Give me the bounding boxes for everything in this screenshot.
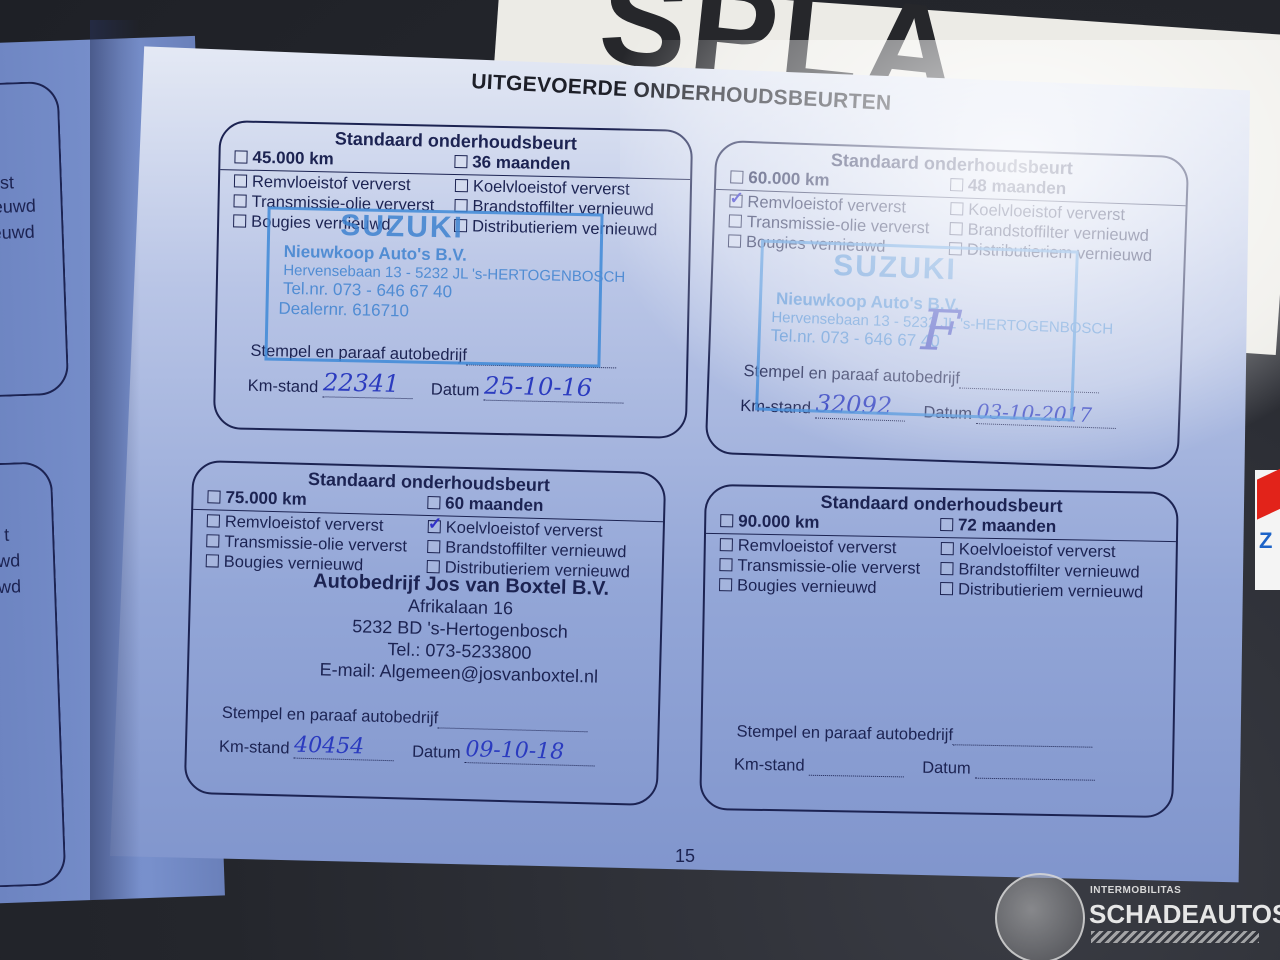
task-label: Brandstoffilter vernieuwd [958,560,1140,581]
km-stand-field[interactable]: 22341 [323,368,414,399]
months-label: 48 maanden [968,176,1067,198]
km-label: 45.000 km [252,148,334,169]
task-checkbox[interactable] [949,222,962,235]
checklist-item: Remvloeistof ververst [720,536,941,559]
watermark-tire-tread [1091,931,1259,943]
task-label: Bougies vernieuwd [737,576,877,596]
task-label: Transmissie-olie ververst [224,533,407,556]
watermark-logo: INTERMOBILITAS SCHADEAUTOS.NL [995,873,1280,953]
task-checkbox[interactable] [233,214,246,227]
task-checkbox[interactable] [207,514,220,527]
signature-label: Stempel en paraaf autobedrijf [736,722,953,744]
task-checkbox[interactable] [729,214,742,227]
task-checkbox[interactable] [206,554,219,567]
task-label: Remvloeistof ververst [738,536,897,557]
date-field[interactable]: 09-10-18 [465,737,596,766]
months-label: 36 maanden [472,152,571,173]
task-checkbox[interactable] [234,174,247,187]
task-checkbox[interactable] [206,534,219,547]
km-stand-label: Km-stand [734,755,805,774]
dealer-stamp-1: SUZUKI Nieuwkoop Auto's B.V. Hervensebaa… [264,206,603,367]
task-checkbox[interactable] [940,582,953,595]
checklist-item: Koelvloeistof ververst [941,540,1162,563]
months-checkbox[interactable] [950,178,963,191]
task-checkbox[interactable] [455,179,468,192]
dealer-stamp-2: SUZUKI Nieuwkoop Auto's B.V. Hervensebaa… [755,240,1079,422]
handwritten-initial: F [920,298,961,364]
stamp-brand: SUZUKI [340,209,601,248]
left-fragment: rnieuwd [0,222,35,245]
task-label: Koelvloeistof ververst [959,540,1116,561]
checklist-item: Bougies vernieuwd [719,576,940,599]
task-label: Brandstoffilter vernieuwd [445,539,627,562]
date-label: Datum [412,743,461,762]
left-fragment: t [4,525,10,546]
task-label: Remvloeistof ververst [225,513,384,535]
task-label: Koelvloeistof ververst [446,519,603,541]
km-checkbox[interactable] [207,490,220,503]
left-page-box-bottom: t uwd uwd [0,461,66,888]
task-label: Remvloeistof ververst [252,173,411,194]
months-checkbox[interactable] [427,496,440,509]
km-label: 75.000 km [225,488,307,509]
service-entry-90000: Standaard onderhoudsbeurt 90.000 km 72 m… [699,484,1179,818]
globe-icon [995,873,1085,960]
task-checklist: Remvloeistof ververstKoelvloeistof verve… [705,534,1176,605]
km-label: 60.000 km [748,168,830,190]
task-checkbox[interactable] [428,520,441,533]
watermark-subtitle: INTERMOBILITAS [1090,885,1181,896]
task-label: Transmissie-olie ververst [737,556,920,577]
checklist-item: Transmissie-olie ververst [719,556,940,579]
task-checkbox[interactable] [719,578,732,591]
months-checkbox[interactable] [454,155,467,168]
left-fragment: rnieuwd [0,196,36,219]
km-label: 90.000 km [738,511,820,531]
km-stand-label: Km-stand [248,377,319,396]
months-checkbox[interactable] [940,518,953,531]
task-checkbox[interactable] [950,202,963,215]
task-checkbox[interactable] [941,542,954,555]
date-field[interactable]: 25-10-16 [484,372,625,404]
task-checkbox[interactable] [720,538,733,551]
dealer-stamp-3: Autobedrijf Jos van Boxtel B.V. Afrikala… [269,569,652,689]
signature-field[interactable] [438,727,588,732]
left-fragment: uwd [0,576,21,598]
task-label: Koelvloeistof ververst [473,177,630,198]
km-checkbox[interactable] [234,150,247,163]
km-stand-label: Km-stand [219,738,290,758]
km-stand-field[interactable]: 40454 [294,733,395,762]
date-field[interactable] [975,762,1095,781]
task-checkbox[interactable] [940,562,953,575]
km-checkbox[interactable] [730,170,743,183]
date-label: Datum [922,759,971,778]
task-checkbox[interactable] [728,234,741,247]
left-fragment: erst [0,172,14,194]
checklist-item: Brandstoffilter vernieuwd [940,560,1161,583]
km-stand-field[interactable] [809,759,904,778]
task-checkbox[interactable] [233,194,246,207]
months-label: 72 maanden [958,515,1057,536]
stamp-brand: SUZUKI [833,249,1076,291]
watermark-brand: SCHADEAUTOS.NL [1089,899,1280,930]
months-label: 60 maanden [445,493,544,515]
page-number: 15 [675,846,695,867]
task-checkbox[interactable] [427,540,440,553]
left-fragment: uwd [0,550,21,572]
task-label: Distributieriem vernieuwd [958,580,1144,601]
task-checkbox[interactable] [729,194,742,207]
checklist-item: Distributieriem vernieuwd [940,580,1161,603]
date-label: Datum [431,381,480,400]
task-checkbox[interactable] [719,558,732,571]
km-checkbox[interactable] [720,514,733,527]
left-page-box-top: erst rnieuwd rnieuwd [0,81,69,399]
page-gutter-shadow [90,20,140,900]
signature-field[interactable] [953,744,1093,747]
task-checkbox[interactable] [427,560,440,573]
